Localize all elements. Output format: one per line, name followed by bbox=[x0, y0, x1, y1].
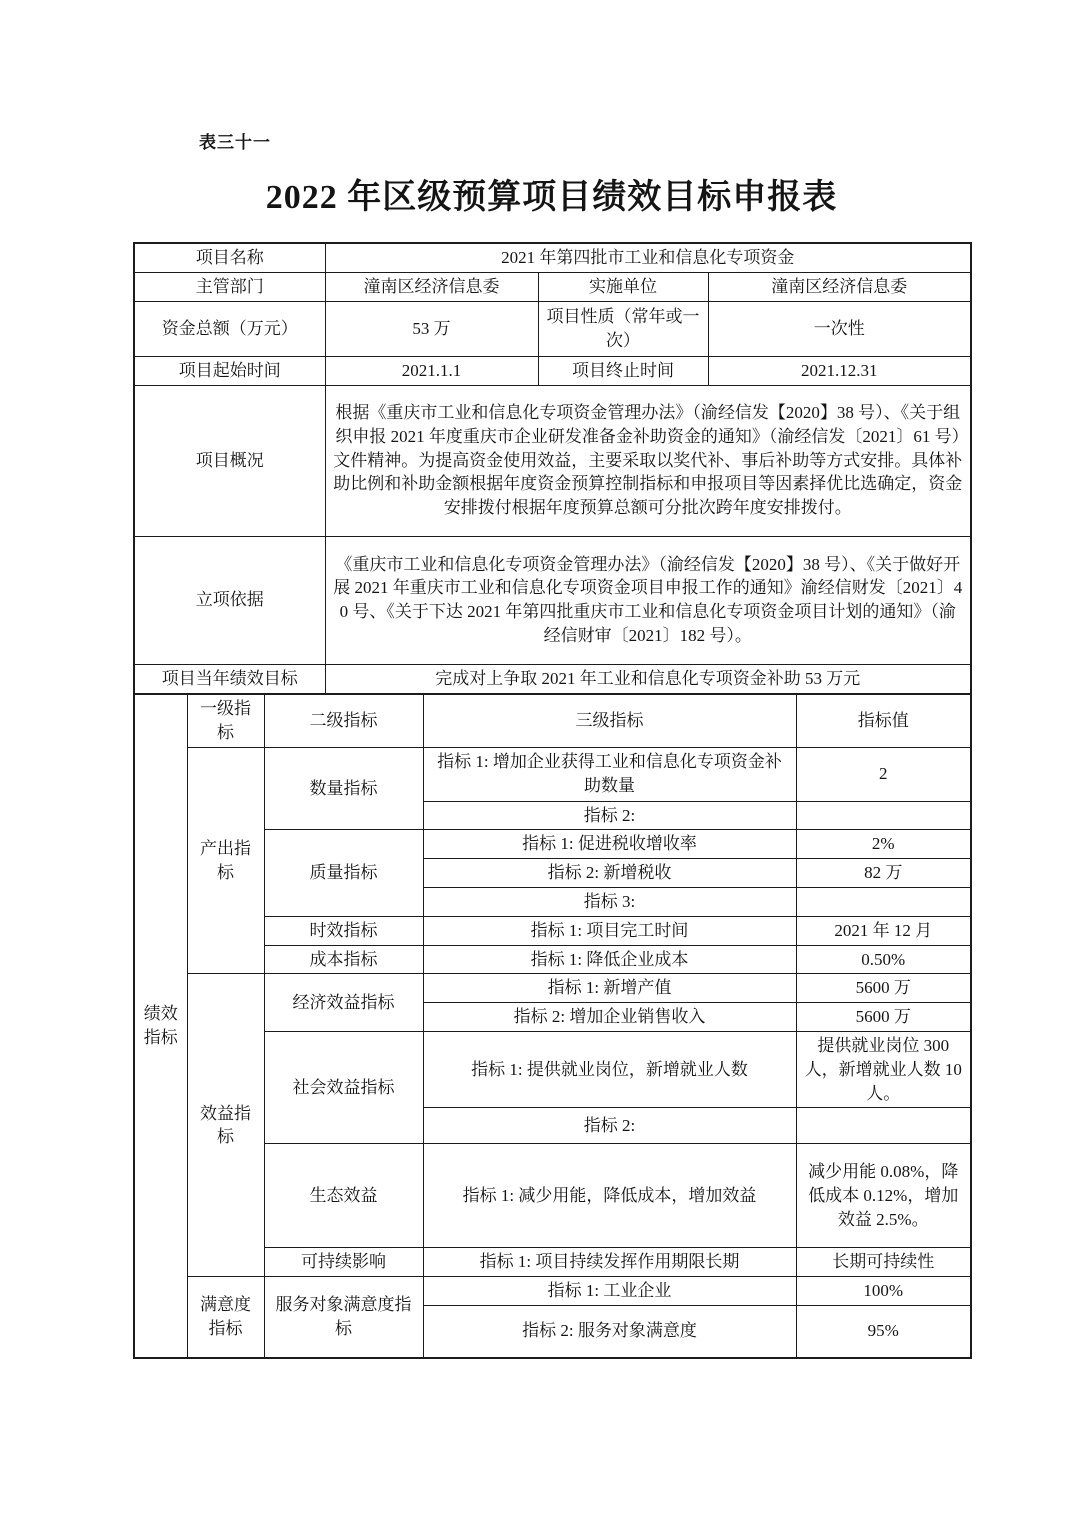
table-row: 资金总额（万元） 53 万 项目性质（常年或一次） 一次性 bbox=[134, 301, 971, 356]
table-row: 产出指标 数量指标 指标 1: 增加企业获得工业和信息化专项资金补助数量 2 bbox=[134, 747, 971, 801]
indicator-value-cell: 95% bbox=[796, 1306, 971, 1358]
annual-goal-label-cell: 项目当年绩效目标 bbox=[134, 664, 325, 694]
nature-label-cell: 项目性质（常年或一次） bbox=[538, 301, 708, 356]
start-date-value-cell: 2021.1.1 bbox=[325, 356, 538, 385]
indicator-value-cell: 82 万 bbox=[796, 859, 971, 888]
table-row: 主管部门 潼南区经济信息委 实施单位 潼南区经济信息委 bbox=[134, 272, 971, 301]
page-title: 2022 年区级预算项目绩效目标申报表 bbox=[133, 169, 970, 218]
start-date-label-cell: 项目起始时间 bbox=[134, 356, 325, 385]
indicator-cell: 指标 2: 新增税收 bbox=[423, 859, 796, 888]
indicator-cell: 指标 3: bbox=[423, 888, 796, 917]
dept-value-cell: 潼南区经济信息委 bbox=[325, 272, 538, 301]
table-row: 项目概况 根据《重庆市工业和信息化专项资金管理办法》（渝经信发【2020】38 … bbox=[134, 385, 971, 536]
level2-cost-cell: 成本指标 bbox=[264, 945, 423, 974]
indicator-cell: 指标 1: 新增产值 bbox=[423, 974, 796, 1003]
indicator-cell: 指标 2: 增加企业销售收入 bbox=[423, 1003, 796, 1032]
table-row: 立项依据 《重庆市工业和信息化专项资金管理办法》（渝经信发【2020】38 号）… bbox=[134, 536, 971, 664]
info-table: 项目名称 2021 年第四批市工业和信息化专项资金 主管部门 潼南区经济信息委 … bbox=[133, 242, 972, 695]
level2-sustainability-cell: 可持续影响 bbox=[264, 1248, 423, 1277]
nature-value-cell: 一次性 bbox=[708, 301, 971, 356]
basis-value-cell: 《重庆市工业和信息化专项资金管理办法》（渝经信发【2020】38 号）、《关于做… bbox=[325, 536, 971, 664]
table-row: 项目当年绩效目标 完成对上争取 2021 年工业和信息化专项资金补助 53 万元 bbox=[134, 664, 971, 694]
table-row: 满意度指标 服务对象满意度指标 指标 1: 工业企业 100% bbox=[134, 1277, 971, 1306]
amount-value-cell: 53 万 bbox=[325, 301, 538, 356]
perf-side-label-cell: 绩效指标 bbox=[134, 694, 187, 1357]
indicator-value-cell: 2% bbox=[796, 830, 971, 859]
impl-value-cell: 潼南区经济信息委 bbox=[708, 272, 971, 301]
performance-table: 绩效指标 一级指标 二级指标 三级指标 指标值 产出指标 数量指标 指标 1: … bbox=[133, 693, 972, 1358]
level1-satisfaction-cell: 满意度指标 bbox=[187, 1277, 264, 1358]
indicator-value-cell: 2 bbox=[796, 747, 971, 801]
level2-economic-cell: 经济效益指标 bbox=[264, 974, 423, 1032]
annual-goal-value-cell: 完成对上争取 2021 年工业和信息化专项资金补助 53 万元 bbox=[325, 664, 971, 694]
indicator-value-cell bbox=[796, 888, 971, 917]
amount-label-cell: 资金总额（万元） bbox=[134, 301, 325, 356]
indicator-cell: 指标 1: 增加企业获得工业和信息化专项资金补助数量 bbox=[423, 747, 796, 801]
indicator-value-cell: 0.50% bbox=[796, 945, 971, 974]
table-row: 效益指标 经济效益指标 指标 1: 新增产值 5600 万 bbox=[134, 974, 971, 1003]
indicator-value-cell: 提供就业岗位 300 人，新增就业人数 10 人。 bbox=[796, 1032, 971, 1108]
indicator-cell: 指标 1: 提供就业岗位，新增就业人数 bbox=[423, 1032, 796, 1108]
project-name-label-cell: 项目名称 bbox=[134, 243, 325, 272]
indicator-value-cell bbox=[796, 801, 971, 830]
level2-timeliness-cell: 时效指标 bbox=[264, 916, 423, 945]
document-page: 表三十一 2022 年区级预算项目绩效目标申报表 项目名称 2021 年第四批市… bbox=[0, 0, 1074, 1520]
indicator-value-cell: 减少用能 0.08%，降低成本 0.12%，增加效益 2.5%。 bbox=[796, 1144, 971, 1248]
level2-quality-cell: 质量指标 bbox=[264, 830, 423, 916]
end-date-value-cell: 2021.12.31 bbox=[708, 356, 971, 385]
level2-service-cell: 服务对象满意度指标 bbox=[264, 1277, 423, 1358]
indicator-value-cell: 5600 万 bbox=[796, 974, 971, 1003]
indicator-value-cell: 2021 年 12 月 bbox=[796, 916, 971, 945]
end-date-label-cell: 项目终止时间 bbox=[538, 356, 708, 385]
indicator-cell: 指标 1: 工业企业 bbox=[423, 1277, 796, 1306]
table-row: 绩效指标 一级指标 二级指标 三级指标 指标值 bbox=[134, 694, 971, 747]
indicator-cell: 指标 2: bbox=[423, 1108, 796, 1144]
overview-label-cell: 项目概况 bbox=[134, 385, 325, 536]
level2-social-cell: 社会效益指标 bbox=[264, 1032, 423, 1144]
header-value-cell: 指标值 bbox=[796, 694, 971, 747]
indicator-value-cell bbox=[796, 1108, 971, 1144]
indicator-value-cell: 5600 万 bbox=[796, 1003, 971, 1032]
indicator-cell: 指标 1: 项目持续发挥作用期限长期 bbox=[423, 1248, 796, 1277]
table-row: 项目名称 2021 年第四批市工业和信息化专项资金 bbox=[134, 243, 971, 272]
indicator-cell: 指标 1: 项目完工时间 bbox=[423, 916, 796, 945]
header-level2-cell: 二级指标 bbox=[264, 694, 423, 747]
indicator-cell: 指标 1: 降低企业成本 bbox=[423, 945, 796, 974]
document-content: 表三十一 2022 年区级预算项目绩效目标申报表 项目名称 2021 年第四批市… bbox=[133, 0, 970, 1359]
header-level3-cell: 三级指标 bbox=[423, 694, 796, 747]
impl-label-cell: 实施单位 bbox=[538, 272, 708, 301]
table-number-tag: 表三十一 bbox=[199, 128, 970, 153]
dept-label-cell: 主管部门 bbox=[134, 272, 325, 301]
indicator-cell: 指标 1: 促进税收增收率 bbox=[423, 830, 796, 859]
indicator-cell: 指标 2: 服务对象满意度 bbox=[423, 1306, 796, 1358]
table-row: 项目起始时间 2021.1.1 项目终止时间 2021.12.31 bbox=[134, 356, 971, 385]
header-level1-cell: 一级指标 bbox=[187, 694, 264, 747]
indicator-value-cell: 100% bbox=[796, 1277, 971, 1306]
level1-output-cell: 产出指标 bbox=[187, 747, 264, 974]
level2-ecological-cell: 生态效益 bbox=[264, 1144, 423, 1248]
project-name-value-cell: 2021 年第四批市工业和信息化专项资金 bbox=[325, 243, 971, 272]
level1-benefit-cell: 效益指标 bbox=[187, 974, 264, 1277]
indicator-value-cell: 长期可持续性 bbox=[796, 1248, 971, 1277]
overview-value-cell: 根据《重庆市工业和信息化专项资金管理办法》（渝经信发【2020】38 号）、《关… bbox=[325, 385, 971, 536]
level2-quantity-cell: 数量指标 bbox=[264, 747, 423, 830]
basis-label-cell: 立项依据 bbox=[134, 536, 325, 664]
indicator-cell: 指标 1: 减少用能，降低成本，增加效益 bbox=[423, 1144, 796, 1248]
indicator-cell: 指标 2: bbox=[423, 801, 796, 830]
